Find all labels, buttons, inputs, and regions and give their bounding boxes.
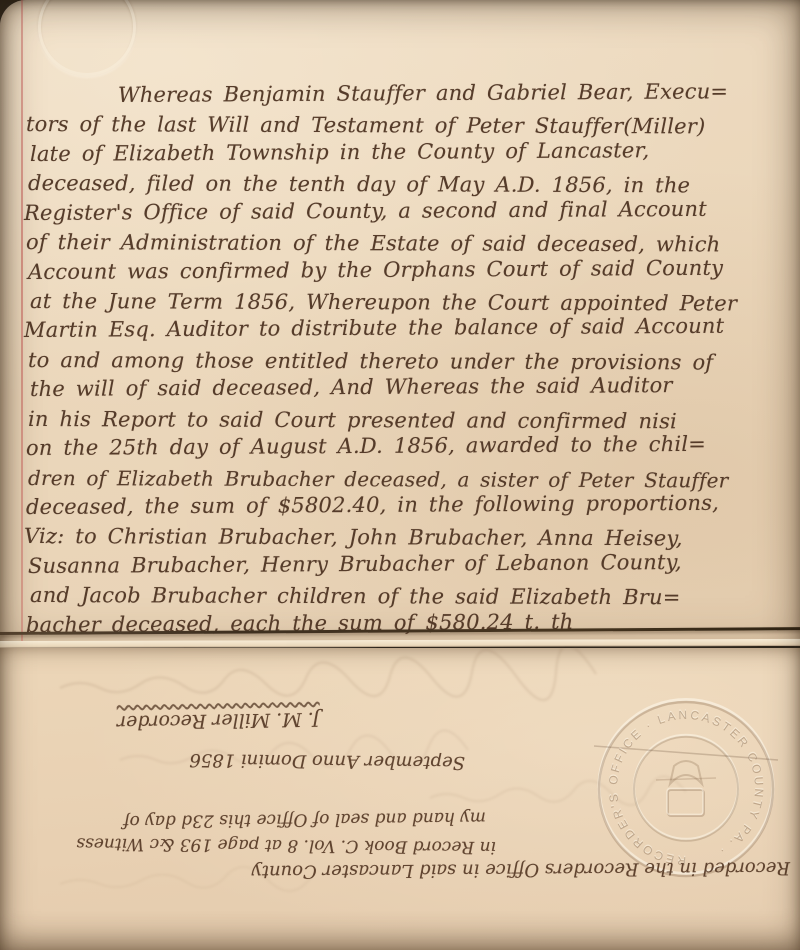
verso-page: RECORDER'S OFFICE · LANCASTER COUNTY PA.… — [0, 648, 800, 950]
handwritten-line: tors of the last Will and Testament of P… — [26, 111, 706, 139]
handwritten-line: at the June Term 1856, Whereupon the Cou… — [30, 288, 737, 316]
handwritten-line: Whereas Benjamin Stauffer and Gabriel Be… — [118, 78, 728, 108]
embossed-ring-topleft — [38, 0, 136, 76]
handwritten-line: Register's Office of said County, a seco… — [24, 196, 707, 226]
document-scan: Whereas Benjamin Stauffer and Gabriel Be… — [0, 0, 800, 950]
handwritten-line: the will of said deceased, And Whereas t… — [30, 372, 673, 402]
handwritten-line: Martin Esq. Auditor to distribute the ba… — [24, 313, 724, 343]
handwritten-line: on the 25th day of August A.D. 1856, awa… — [26, 431, 706, 461]
handwritten-line: Viz: to Christian Brubacher, John Brubac… — [24, 523, 683, 551]
handwritten-line: in his Report to said Court presented an… — [28, 406, 677, 434]
handwritten-line: and Jacob Brubacher children of the said… — [30, 582, 681, 610]
fold-paper-edge — [0, 639, 800, 648]
handwritten-line: deceased, filed on the tenth day of May … — [28, 170, 690, 198]
handwritten-line: late of Elizabeth Township in the County… — [30, 137, 649, 167]
docket-line: September Anno Domini 1856 — [85, 748, 465, 773]
margin-rule-line — [21, 0, 23, 646]
handwritten-line: Susanna Brubacher, Henry Brubacher of Le… — [28, 549, 682, 579]
docket-line: in Record Book C. Vol. 8 at page 193 &c … — [14, 833, 496, 857]
recto-page: Whereas Benjamin Stauffer and Gabriel Be… — [0, 0, 800, 646]
seal-crest — [656, 761, 716, 816]
recorder-signature: J. M. Miller Recorder — [70, 708, 320, 734]
handwritten-line: to and among those entitled thereto unde… — [28, 347, 713, 375]
handwritten-line: of their Administration of the Estate of… — [26, 229, 721, 257]
handwritten-line: Account was confirmed by the Orphans Cou… — [28, 255, 723, 285]
handwritten-line: dren of Elizabeth Brubacher deceased, a … — [28, 465, 729, 493]
handwritten-line: deceased, the sum of $5802.40, in the fo… — [26, 490, 719, 520]
